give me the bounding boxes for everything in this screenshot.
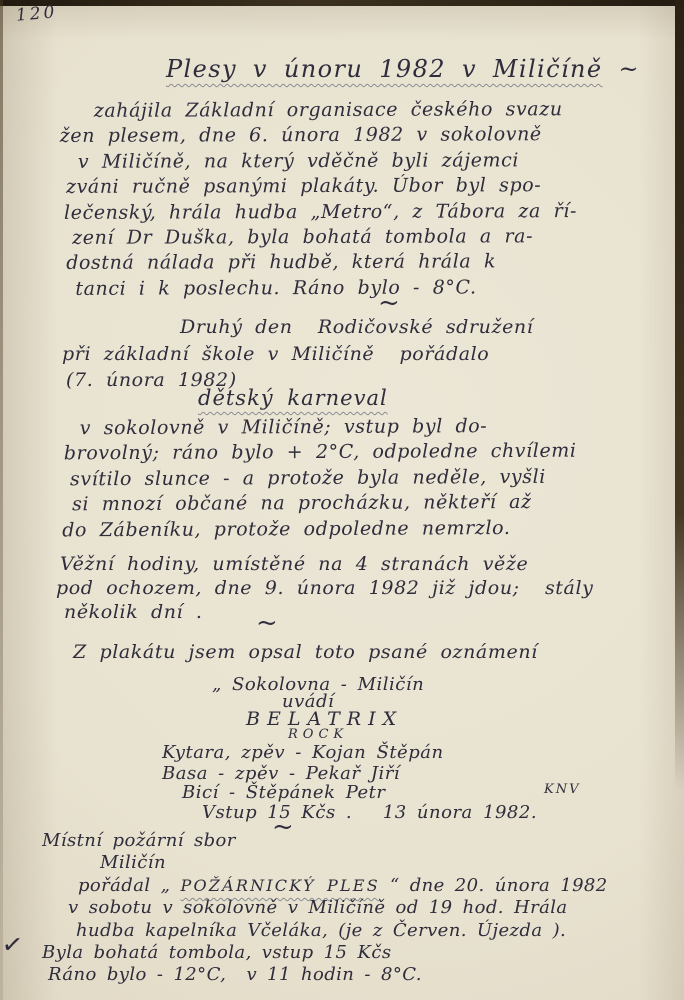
- poster-genre: ROCK: [288, 727, 537, 742]
- line-suffix: “ dne 20. února 1982: [380, 875, 608, 896]
- handwritten-line: dostná nálada při hudbě, která hrála k: [66, 250, 577, 277]
- handwritten-line: Věžní hodiny, umístěné na 4 stranách věž…: [60, 553, 593, 577]
- handwritten-line: pod ochozem, dne 9. února 1982 již jdou;…: [56, 577, 593, 601]
- title-suffix: ~: [619, 55, 641, 83]
- heading-childrens-carnival: dětský karneval: [198, 386, 388, 410]
- photo-edge-left: [0, 0, 3, 1000]
- page-title: Plesy v únoru 1982 v Miličíně ~: [166, 55, 640, 83]
- handwritten-line: lečenský, hrála hudba „Metro“, z Tábora …: [64, 200, 577, 227]
- handwritten-line: zení Dr Duška, byla bohatá tombola a ra-: [72, 225, 577, 252]
- poster-line: Bicí - Štěpánek Petr: [182, 782, 537, 802]
- ball-name: POŽÁRNICKÝ PLES: [180, 876, 379, 895]
- handwritten-line: si mnozí občané na procházku, někteří až: [72, 491, 577, 519]
- handwritten-line: Miličín: [100, 852, 608, 874]
- handwritten-line: tanci i k poslechu. Ráno bylo - 8°C.: [75, 276, 577, 303]
- page-title-text: Plesy v únoru 1982 v Miličíně: [166, 55, 603, 83]
- section-separator: ~: [378, 288, 400, 318]
- handwritten-line: zváni ručně psanými plakáty. Úbor byl sp…: [66, 174, 577, 201]
- chronicle-page: 120 Plesy v únoru 1982 v Miličíně ~ zahá…: [0, 0, 684, 1000]
- poster-line: Basa - zpěv - Pekař Jiří: [162, 763, 537, 782]
- page-number: 120: [15, 2, 58, 26]
- handwritten-line: pořádal „ POŽÁRNICKÝ PLES “ dne 20. únor…: [78, 875, 608, 897]
- handwritten-line: žen plesem, dne 6. února 1982 v sokolovn…: [60, 123, 577, 150]
- paragraph-parents-association: Druhý den Rodičovské sdružení při základ…: [62, 316, 533, 396]
- poster-transcription: „ Sokolovna - Miličín uvádí BELATRIX ROC…: [150, 674, 537, 822]
- handwritten-line: v sobotu v sokolovně v Miličíně od 19 ho…: [68, 897, 608, 919]
- handwritten-line: Místní požární sbor: [42, 830, 608, 852]
- line-prefix: pořádal „: [78, 875, 180, 896]
- handwritten-line: Druhý den Rodičovské sdružení: [180, 316, 533, 343]
- handwritten-line: Ráno bylo - 12°C, v 11 hodin - 8°C.: [48, 964, 608, 986]
- handwritten-line: v Miličíně, na který vděčně byli zájemci: [78, 149, 577, 176]
- poster-line: „ Sokolovna - Miličín: [212, 674, 537, 691]
- handwritten-line: do Zábeníku, protože odpoledne nemrzlo.: [62, 516, 577, 544]
- handwritten-line: zahájila Základní organisace českého sva…: [94, 98, 577, 125]
- handwritten-line: v sokolovně v Miličíně; vstup byl do-: [80, 415, 577, 443]
- handwritten-line: svítilo slunce - a protože byla neděle, …: [70, 465, 577, 493]
- handwritten-line: Byla bohatá tombola, vstup 15 Kčs: [42, 942, 608, 964]
- poster-line: Vstup 15 Kčs . 13 února 1982.: [202, 802, 537, 822]
- handwritten-line: brovolný; ráno bylo + 2°C, odpoledne chv…: [64, 440, 577, 468]
- handwritten-line: při základní škole v Miličíně pořádalo: [62, 343, 533, 370]
- paragraph-carnival-details: v sokolovně v Miličíně; vstup byl do- br…: [62, 415, 577, 545]
- handwritten-line: hudba kapelníka Včeláka, (je z Červen. Ú…: [76, 920, 608, 942]
- poster-band-name: BELATRIX: [246, 708, 537, 727]
- marginal-annotation-knv: KNV: [544, 782, 580, 797]
- paragraph-womens-union-ball: zahájila Základní organisace českého sva…: [60, 98, 578, 303]
- paragraph-firemens-ball: Místní požární sbor Miličín pořádal „ PO…: [42, 830, 608, 987]
- photo-edge-right: [675, 0, 684, 790]
- paragraph-tower-clock: Věžní hodiny, umístěné na 4 stranách věž…: [52, 553, 593, 625]
- poster-intro-line: Z plakátu jsem opsal toto psané oznámení: [73, 641, 538, 663]
- poster-line: Kytara, zpěv - Kojan Štěpán: [162, 742, 537, 763]
- margin-check-mark: ✓: [0, 929, 25, 961]
- section-separator: ~: [256, 608, 278, 638]
- handwritten-line: několik dní .: [64, 601, 593, 625]
- title-tilde: [603, 55, 619, 83]
- photo-edge-top: [0, 0, 684, 6]
